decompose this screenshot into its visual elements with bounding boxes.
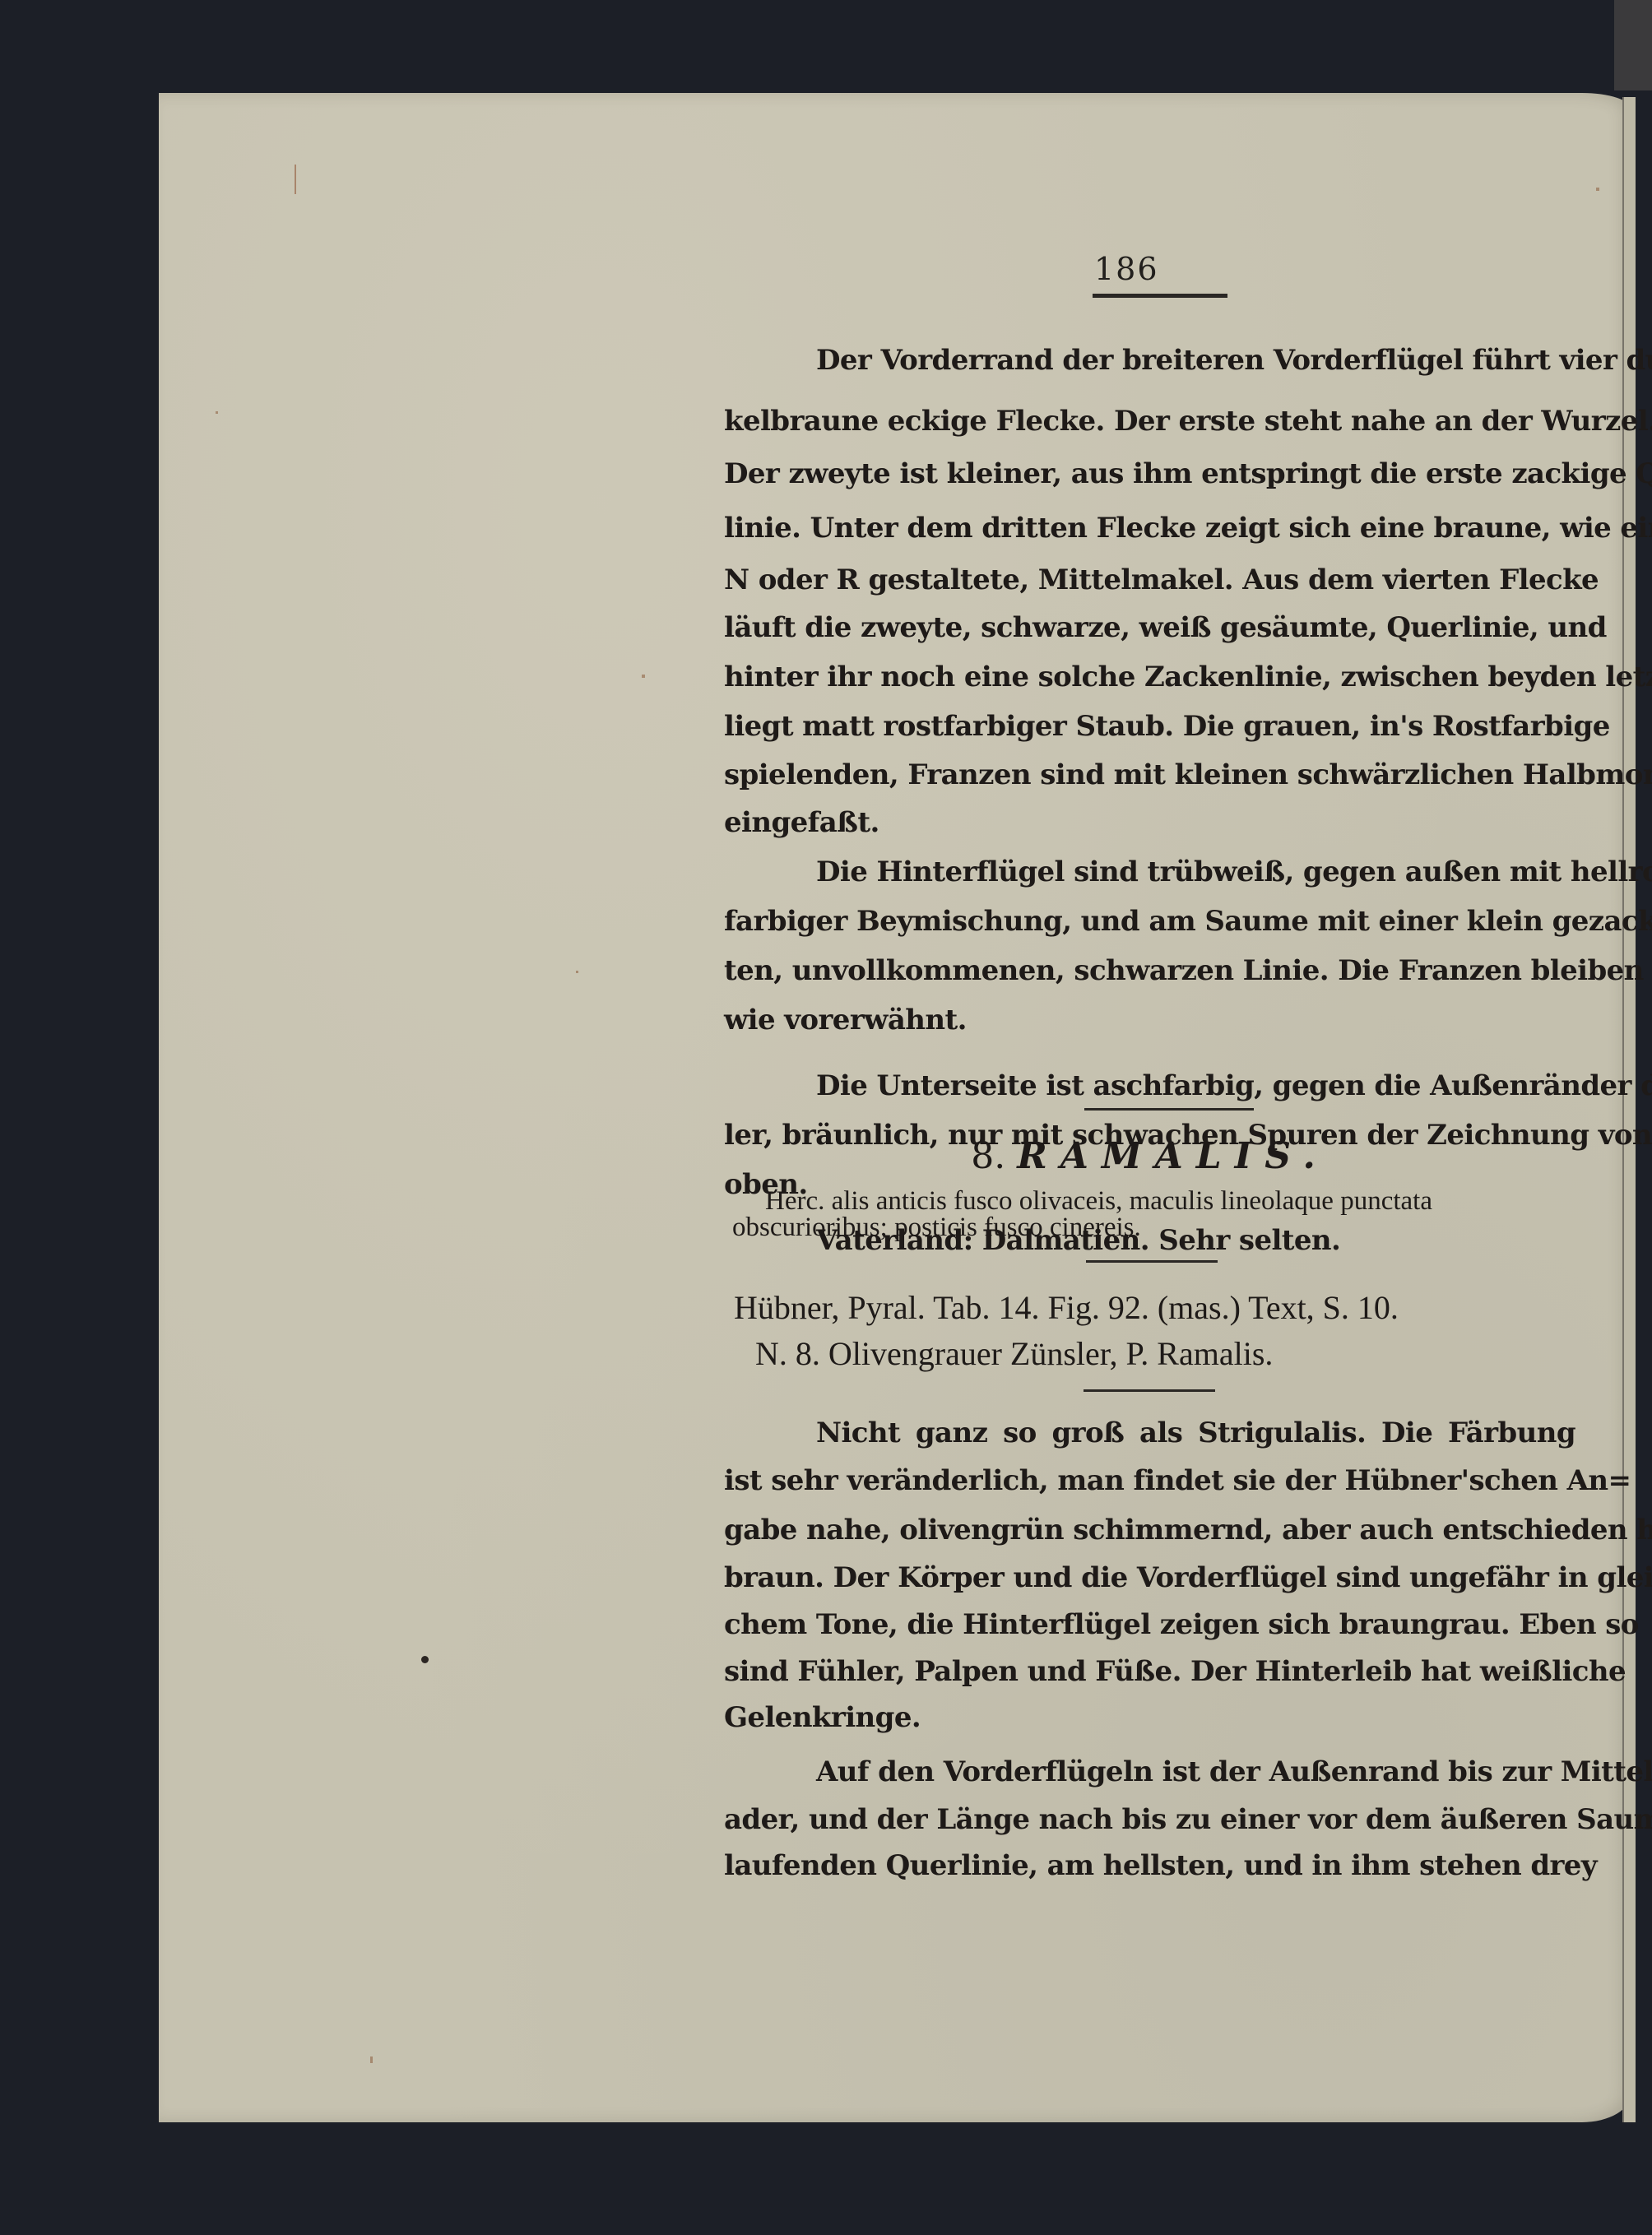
text-line: Der zweyte ist kleiner, aus ihm entsprin… [724,457,1575,490]
text-line: sind Fühler, Palpen und Füße. Der Hinter… [724,1655,1575,1688]
text-line: Die Hinterflügel sind trübweiß, gegen au… [816,856,1575,888]
text-line: läuft die zweyte, schwarze, weiß gesäumt… [724,611,1575,644]
text-line: eingefaßt. [724,806,1575,839]
text-line: chem Tone, die Hinterflügel zeigen sich … [724,1608,1575,1641]
paper-speck [370,2056,373,2063]
text-line: liegt matt rostfarbiger Staub. Die graue… [724,710,1575,743]
text-line: ist sehr veränderlich, man findet sie de… [724,1464,1575,1497]
text-line: spielenden, Franzen sind mit kleinen sch… [724,758,1575,791]
text-line: kelbraune eckige Flecke. Der erste steht… [724,405,1575,438]
text-line: hinter ihr noch eine solche Zackenlinie,… [724,661,1575,693]
text-line: ten, unvollkommenen, schwarzen Linie. Di… [724,954,1575,987]
literature-reference-line: Hübner, Pyral. Tab. 14. Fig. 92. (mas.) … [734,1290,1399,1326]
text-line: linie. Unter dem dritten Flecke zeigt si… [724,512,1575,545]
text-line: braun. Der Körper und die Vorderflügel s… [724,1561,1575,1594]
paper-speck [576,971,578,973]
species-number: 8. [971,1135,1005,1177]
paper-speck [642,675,645,678]
section-divider [1084,1389,1215,1392]
text-line: Die Unterseite ist aschfarbig, gegen die… [816,1069,1575,1102]
text-line: laufenden Querlinie, am hellsten, und in… [724,1849,1575,1882]
paper-speck [216,411,218,414]
latin-diagnosis-line: obscurioribus; posticis fusco cinereis. [732,1213,1141,1242]
scanner-background-strip [1614,0,1652,90]
latin-diagnosis-line: Herc. alis anticis fusco olivaceis, macu… [765,1186,1432,1216]
text-line: Auf den Vorderflügeln ist der Außenrand … [816,1755,1575,1788]
text-line: N oder R gestaltete, Mittelmakel. Aus de… [724,563,1575,596]
text-line: farbiger Beymischung, und am Saume mit e… [724,905,1575,938]
text-line: Der Vorderrand der breiteren Vorderflüge… [816,344,1575,377]
text-line: Nicht ganz so groß als Strigulalis. Die … [816,1417,1575,1449]
pencil-mark [295,165,301,194]
text-line: gabe nahe, olivengrün schimmernd, aber a… [724,1514,1575,1546]
literature-reference-line: N. 8. Olivengrauer Zünsler, P. Ramalis. [755,1336,1273,1372]
text-line: ader, und der Länge nach bis zu einer vo… [724,1803,1575,1836]
species-name: RAMALIS. [1017,1135,1329,1177]
text-line: wie vorerwähnt. [724,1004,1575,1036]
species-heading: 8. RAMALIS. [724,1135,1575,1177]
section-divider [1086,1260,1218,1263]
paper-speck [1596,188,1599,191]
section-divider [1084,1108,1254,1111]
text-line: Gelenkringe. [724,1701,1575,1734]
page-number: 186 [1094,251,1159,287]
page-number-rule [1093,294,1227,298]
ink-dot [421,1656,429,1663]
